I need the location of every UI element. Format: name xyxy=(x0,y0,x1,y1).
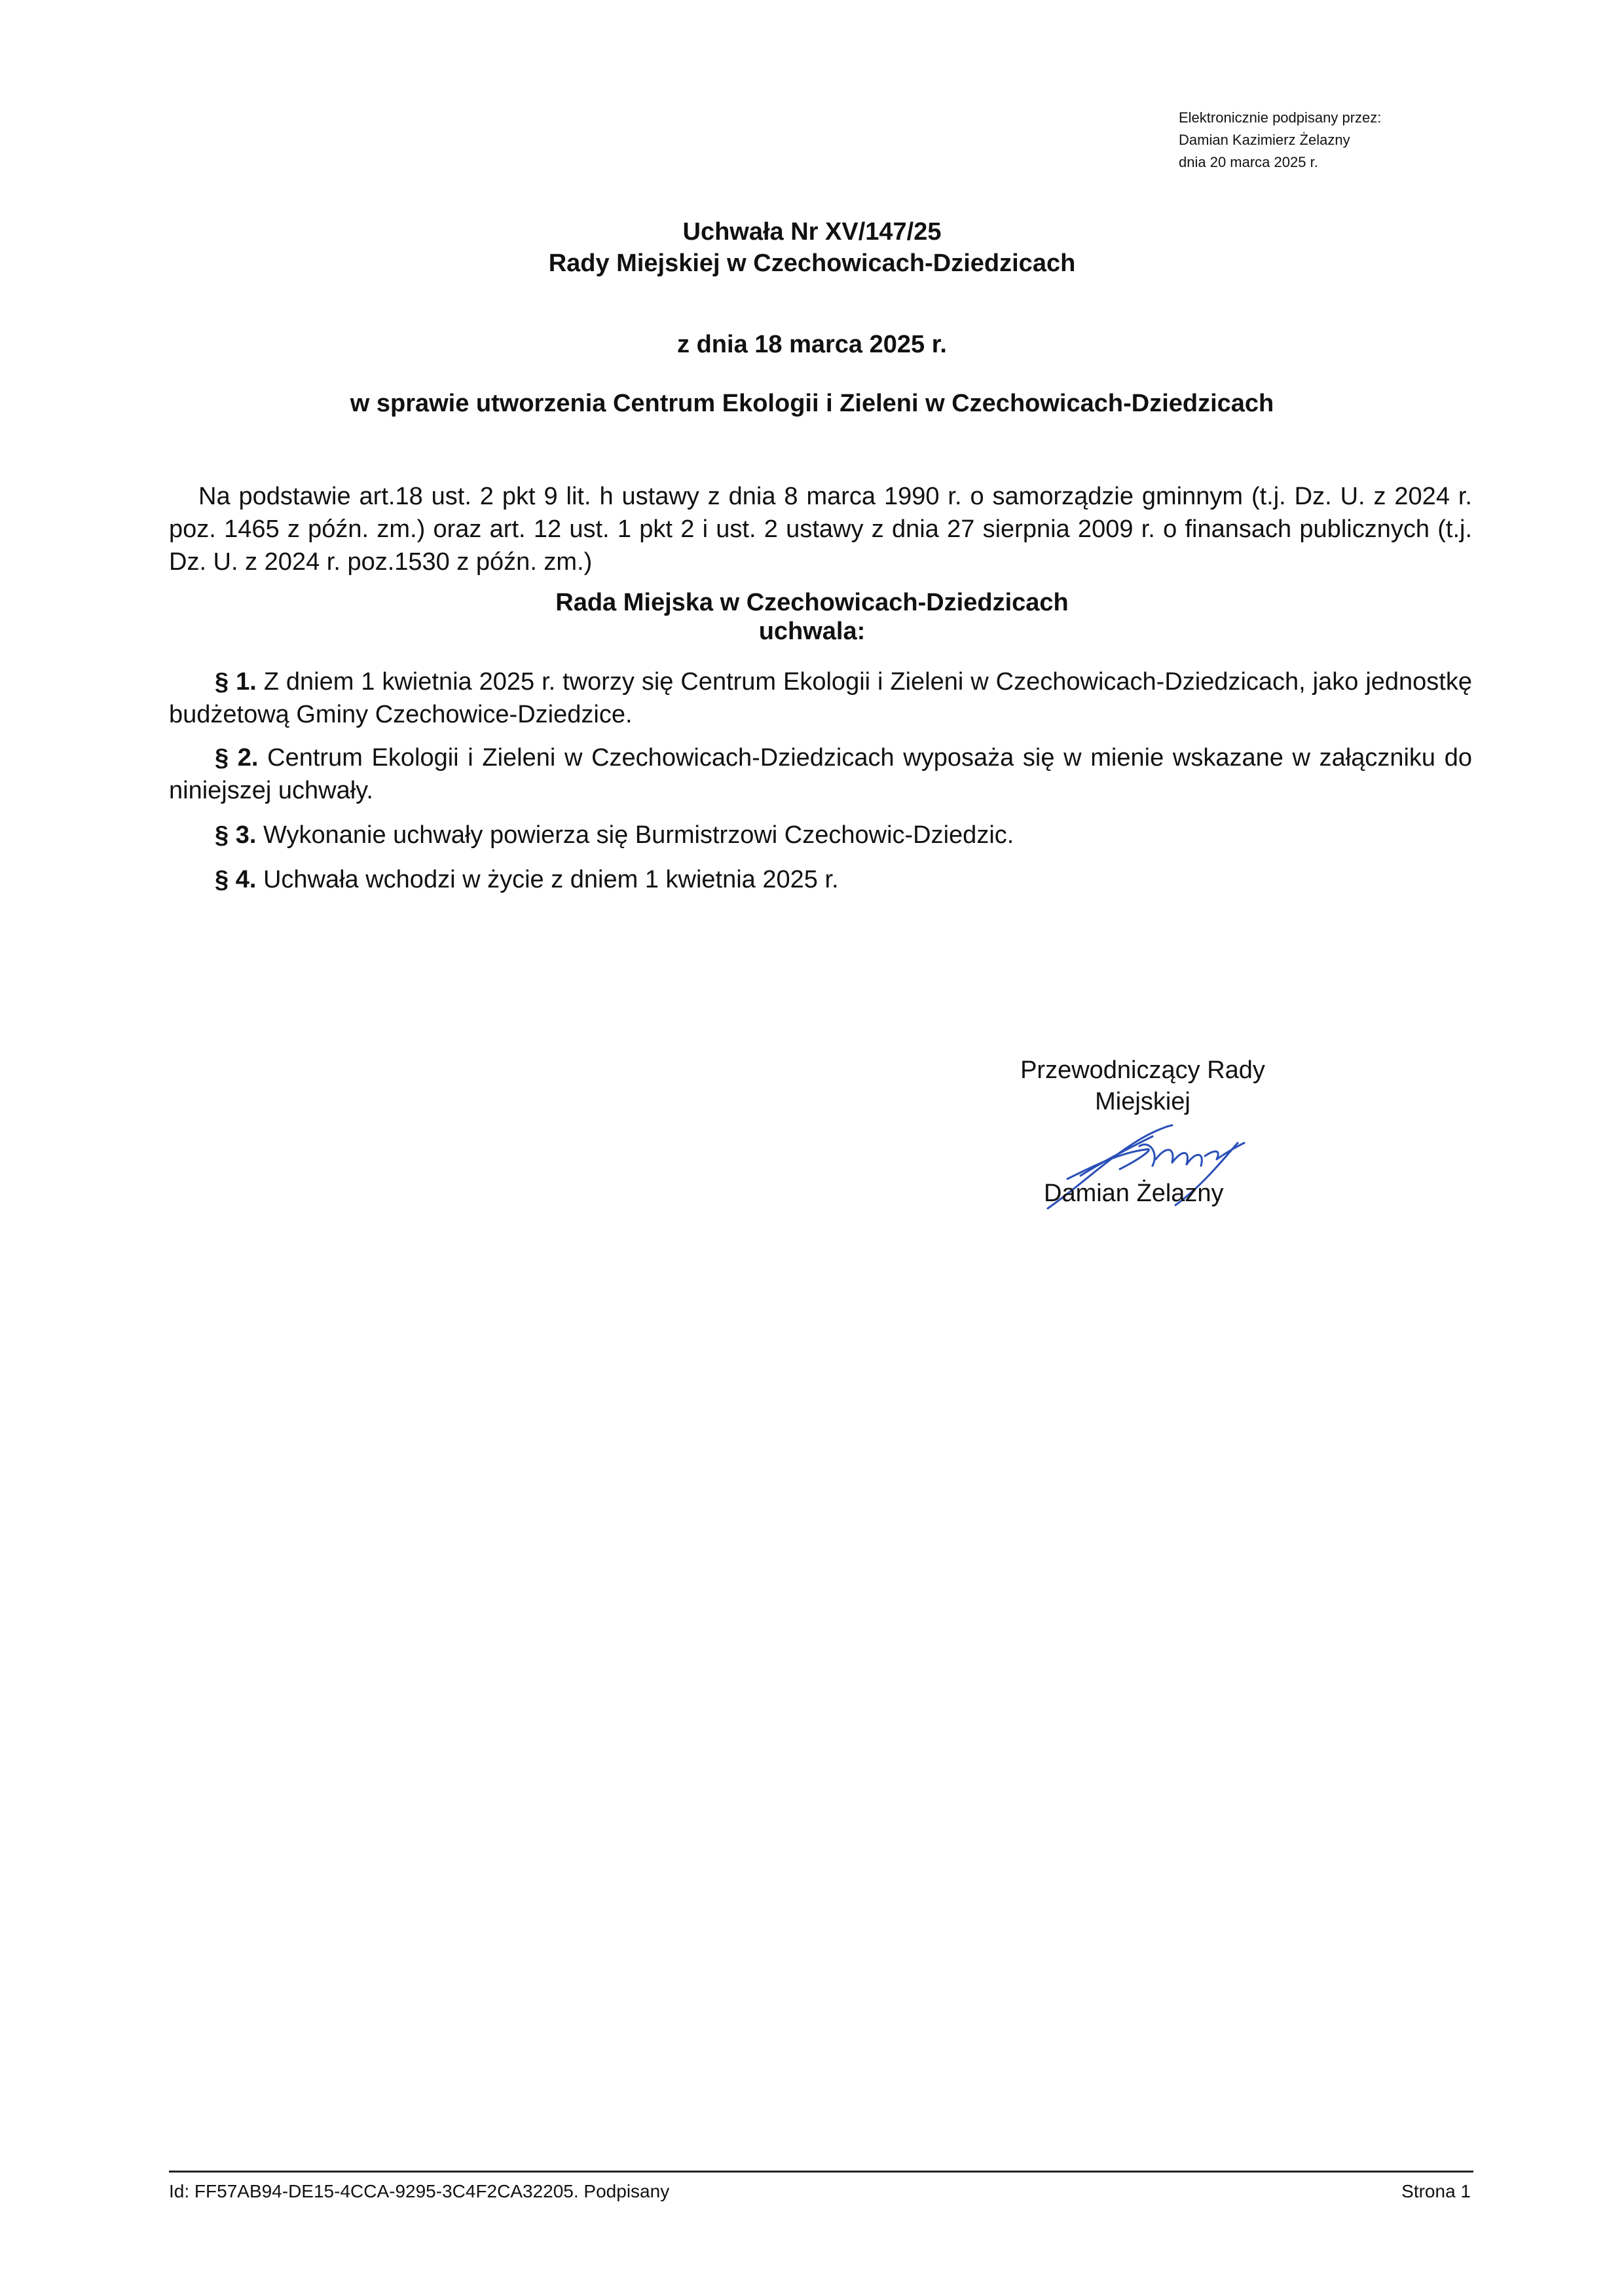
resolution-date: z dnia 18 marca 2025 r. xyxy=(0,329,1624,360)
signatory-name: Damian Żelazny xyxy=(1044,1178,1224,1209)
paragraph-text: Centrum Ekologii i Zieleni w Czechowicac… xyxy=(169,744,1472,804)
paragraph-text: Uchwała wchodzi w życie z dniem 1 kwietn… xyxy=(256,866,838,893)
page-number: Strona 1 xyxy=(1401,2181,1471,2202)
esig-line-3: dnia 20 marca 2025 r. xyxy=(1179,151,1381,174)
document-id: Id: FF57AB94-DE15-4CCA-9295-3C4F2CA32205… xyxy=(169,2181,669,2202)
footer-divider xyxy=(169,2171,1473,2173)
paragraph-text: Wykonanie uchwały powierza się Burmistrz… xyxy=(256,821,1014,849)
signatory-title-line-1: Przewodniczący Rady xyxy=(982,1054,1303,1086)
paragraph-mark: § 4. xyxy=(215,866,256,893)
resolution-subject: w sprawie utworzenia Centrum Ekologii i … xyxy=(0,388,1624,419)
resolution-number: Uchwała Nr XV/147/25 xyxy=(0,216,1624,248)
paragraph-2: § 2. Centrum Ekologii i Zieleni w Czecho… xyxy=(169,741,1472,807)
paragraph-mark: § 1. xyxy=(215,668,257,696)
enacting-clause: Rada Miejska w Czechowicach-Dziedzicach … xyxy=(0,588,1624,646)
document-title: Uchwała Nr XV/147/25 Rady Miejskiej w Cz… xyxy=(0,216,1624,279)
paragraph-mark: § 2. xyxy=(215,744,259,772)
legal-basis-preamble: Na podstawie art.18 ust. 2 pkt 9 lit. h … xyxy=(169,480,1472,578)
paragraph-text: Z dniem 1 kwietnia 2025 r. tworzy się Ce… xyxy=(169,668,1472,728)
signatory-title-line-2: Miejskiej xyxy=(982,1086,1303,1117)
paragraph-4: § 4. Uchwała wchodzi w życie z dniem 1 k… xyxy=(169,863,1472,896)
signatory-title: Przewodniczący Rady Miejskiej xyxy=(982,1054,1303,1117)
electronic-signature-note: Elektronicznie podpisany przez: Damian K… xyxy=(1179,107,1381,174)
esig-line-1: Elektronicznie podpisany przez: xyxy=(1179,107,1381,129)
paragraph-3: § 3. Wykonanie uchwały powierza się Burm… xyxy=(169,819,1472,851)
paragraph-mark: § 3. xyxy=(215,821,256,849)
enacting-body: Rada Miejska w Czechowicach-Dziedzicach xyxy=(0,588,1624,617)
enacting-verb: uchwala: xyxy=(0,617,1624,646)
esig-line-2: Damian Kazimierz Żelazny xyxy=(1179,129,1381,151)
paragraph-1: § 1. Z dniem 1 kwietnia 2025 r. tworzy s… xyxy=(169,665,1472,731)
council-name: Rady Miejskiej w Czechowicach-Dziedzicac… xyxy=(0,248,1624,279)
